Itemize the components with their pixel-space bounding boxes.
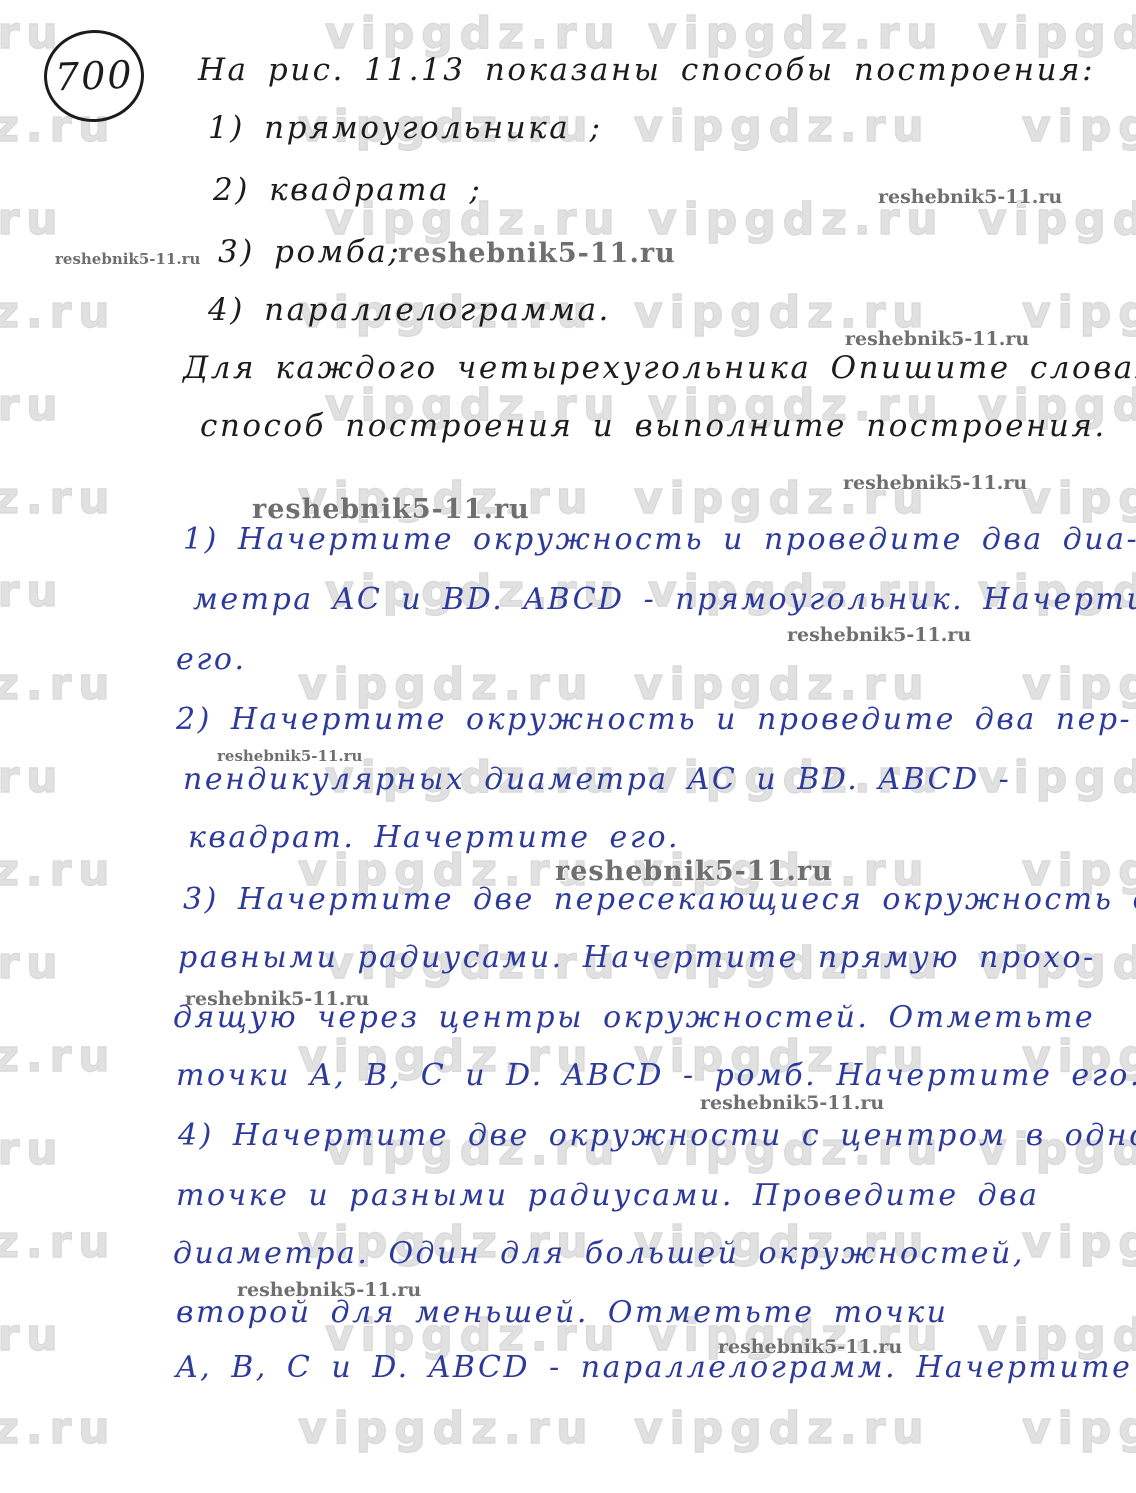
reshebnik-watermark: reshebnik5-11.ru [787, 624, 971, 646]
vipgdz-watermark: vipgdz.ru [0, 1403, 117, 1454]
vipgdz-watermark: vipgdz.ru [1022, 1217, 1136, 1268]
solution-line-10: точки A, B, C и D. ABCD - ромб. Начертит… [176, 1058, 1136, 1093]
vipgdz-watermark: vipgdz.ru [1022, 473, 1136, 524]
problem-number: 700 [54, 53, 134, 100]
reshebnik-watermark: reshebnik5-11.ru [398, 238, 676, 269]
statement-line-6: Для каждого четырехугольника Опишите сло… [183, 350, 1136, 386]
vipgdz-watermark: vipgdz.ru [0, 1217, 117, 1268]
vipgdz-watermark: vipgdz.ru [1022, 101, 1136, 152]
vipgdz-watermark: vipgdz.ru [0, 1310, 65, 1361]
vipgdz-watermark: vipgdz.ru [298, 1403, 595, 1454]
vipgdz-watermark: vipgdz.ru [0, 194, 65, 245]
reshebnik-watermark: reshebnik5-11.ru [843, 472, 1027, 494]
vipgdz-watermark: vipgdz.ru [978, 194, 1136, 245]
statement-line-5: 4) параллелограмма. [208, 292, 611, 328]
solution-line-6: квадрат. Начертите его. [188, 820, 680, 855]
solution-line-9: дящую через центры окружностей. Отметьте [173, 1000, 1095, 1035]
statement-line-3: 2) квадрата ; [213, 172, 482, 208]
reshebnik-watermark: reshebnik5-11.ru [845, 328, 1029, 350]
solution-line-2: метра AC и BD. ABCD - прямоугольник. Нач… [193, 582, 1136, 617]
vipgdz-watermark: vipgdz.ru [634, 101, 931, 152]
vipgdz-watermark: vipgdz.ru [0, 1124, 65, 1175]
vipgdz-watermark: vipgdz.ru [0, 752, 65, 803]
reshebnik-watermark: reshebnik5-11.ru [252, 494, 530, 525]
vipgdz-watermark: vipgdz.ru [0, 845, 117, 896]
vipgdz-watermark: vipgdz.ru [0, 1031, 117, 1082]
solution-line-11: 4) Начертите две окружности с центром в … [178, 1118, 1136, 1153]
solution-line-8: равными радиусами. Начертите прямую прох… [178, 940, 1096, 975]
solution-line-5: пендикулярных диаметра AC и BD. ABCD - [183, 762, 1011, 797]
reshebnik-watermark: reshebnik5-11.ru [878, 186, 1062, 208]
vipgdz-watermark: vipgdz.ru [648, 194, 945, 245]
solution-line-3: его. [176, 642, 247, 677]
vipgdz-watermark: vipgdz.ru [0, 473, 117, 524]
vipgdz-watermark: vipgdz.ru [0, 287, 117, 338]
vipgdz-watermark: vipgdz.ru [0, 566, 65, 617]
notebook-page: vipgdz.ruvipgdz.ruvipgdz.ruvipgdz.ruvipg… [0, 0, 1136, 1493]
vipgdz-watermark: vipgdz.ru [0, 380, 65, 431]
solution-line-15: A, B, C и D. ABCD - параллелограмм. Наче… [176, 1350, 1136, 1385]
vipgdz-watermark: vipgdz.ru [1022, 1403, 1136, 1454]
statement-line-1: На рис. 11.13 показаны способы построени… [198, 52, 1095, 88]
solution-line-13: диаметра. Один для большей окружностей, [173, 1236, 1025, 1271]
vipgdz-watermark: vipgdz.ru [634, 473, 931, 524]
statement-line-2: 1) прямоугольника ; [208, 110, 602, 146]
reshebnik-watermark: reshebnik5-11.ru [55, 250, 200, 268]
problem-number-circle: 700 [41, 27, 147, 126]
vipgdz-watermark: vipgdz.ru [1022, 287, 1136, 338]
vipgdz-watermark: vipgdz.ru [298, 473, 595, 524]
statement-line-4: 3) ромба; [218, 234, 401, 270]
reshebnik-watermark: reshebnik5-11.ru [700, 1092, 884, 1114]
vipgdz-watermark: vipgdz.ru [0, 938, 65, 989]
solution-line-14: второй для меньшей. Отметьте точки [176, 1295, 949, 1330]
solution-line-4: 2) Начертите окружность и проведите два … [176, 702, 1132, 737]
solution-line-12: точке и разными радиусами. Проведите два [176, 1178, 1039, 1213]
statement-line-7: способ построения и выполните построения… [200, 408, 1107, 444]
solution-line-1: 1) Начертите окружность и проведите два … [183, 522, 1136, 557]
vipgdz-watermark: vipgdz.ru [634, 1403, 931, 1454]
vipgdz-watermark: vipgdz.ru [0, 659, 117, 710]
vipgdz-watermark: vipgdz.ru [634, 287, 931, 338]
solution-line-7: 3) Начертите две пересекающиеся окружнос… [183, 882, 1136, 917]
